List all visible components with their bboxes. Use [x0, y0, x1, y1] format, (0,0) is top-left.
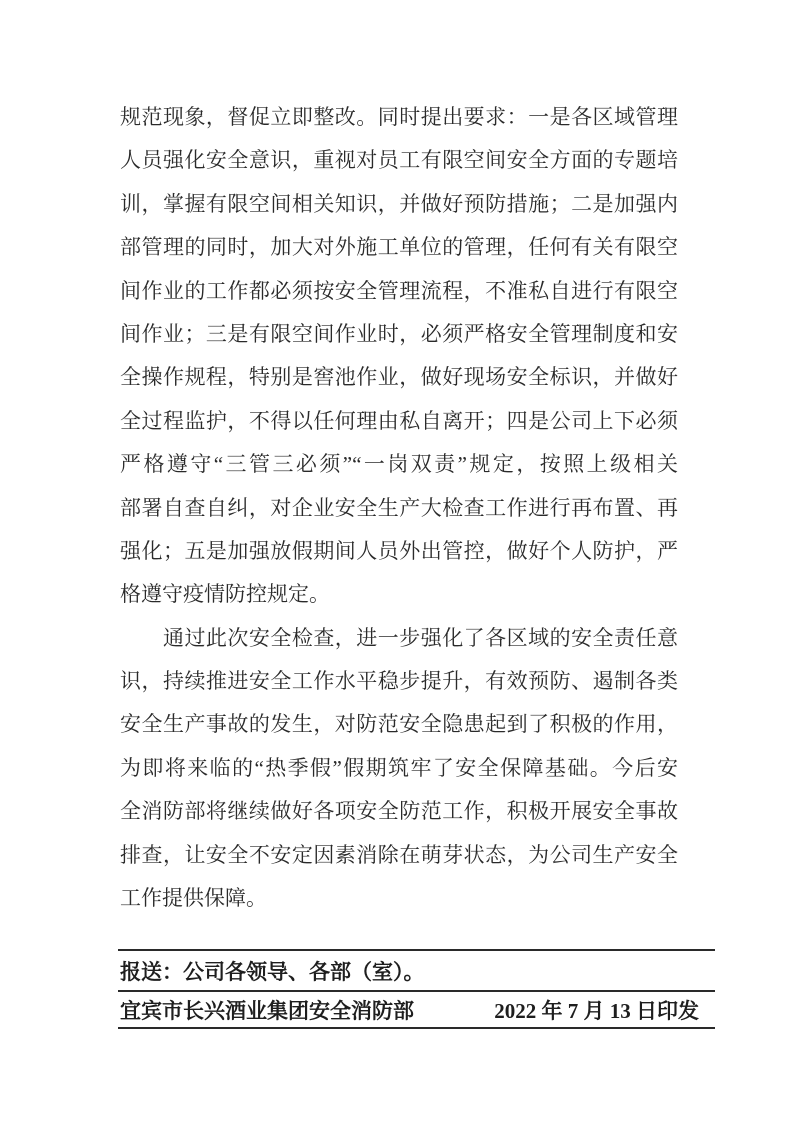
distribution-row: 报送：公司各领导、各部（室）。: [118, 949, 715, 990]
text-line: 强化；五是加强放假期间人员外出管控，做好个人防护，严: [120, 530, 678, 573]
text-line: 通过此次安全检查，进一步强化了各区域的安全责任意: [120, 617, 678, 660]
text-line: 间作业；三是有限空间作业时，必须严格安全管理制度和安: [120, 313, 678, 356]
text-line: 全过程监护，不得以任何理由私自离开；四是公司上下必须: [120, 400, 678, 443]
text-line: 人员强化安全意识，重视对员工有限空间安全方面的专题培: [120, 139, 678, 182]
text-line: 工作提供保障。: [120, 877, 678, 920]
text-line: 间作业的工作都必须按安全管理流程，不准私自进行有限空: [120, 270, 678, 313]
text-line: 全操作规程，特别是窖池作业，做好现场安全标识，并做好: [120, 356, 678, 399]
text-line: 格遵守疫情防控规定。: [120, 573, 678, 616]
record-block: 报送：公司各领导、各部（室）。 宜宾市长兴酒业集团安全消防部 2022 年 7 …: [118, 949, 715, 1029]
text-line: 安全生产事故的发生，对防范安全隐患起到了积极的作用，: [120, 703, 678, 746]
paragraph-2: 通过此次安全检查，进一步强化了各区域的安全责任意识，持续推进安全工作水平稳步提升…: [120, 617, 678, 921]
issuing-department: 宜宾市长兴酒业集团安全消防部: [118, 995, 414, 1025]
text-line: 排查，让安全不安定因素消除在萌芽状态，为公司生产安全: [120, 834, 678, 877]
print-date: 2022 年 7 月 13 日印发: [494, 995, 715, 1025]
text-line: 部管理的同时，加大对外施工单位的管理，任何有关有限空: [120, 226, 678, 269]
document-page: 规范现象，督促立即整改。同时提出要求：一是各区域管理人员强化安全意识，重视对员工…: [0, 0, 800, 1131]
text-line: 严格遵守“三管三必须”“一岗双责”规定，按照上级相关: [120, 443, 678, 486]
text-line: 为即将来临的“热季假”假期筑牢了安全保障基础。今后安: [120, 747, 678, 790]
body-text: 规范现象，督促立即整改。同时提出要求：一是各区域管理人员强化安全意识，重视对员工…: [120, 96, 678, 920]
text-line: 全消防部将继续做好各项安全防范工作，积极开展安全事故: [120, 790, 678, 833]
text-line: 部署自查自纠，对企业安全生产大检查工作进行再布置、再: [120, 487, 678, 530]
paragraph-1: 规范现象，督促立即整改。同时提出要求：一是各区域管理人员强化安全意识，重视对员工…: [120, 96, 678, 617]
text-line: 训，掌握有限空间相关知识，并做好预防措施；二是加强内: [120, 183, 678, 226]
text-line: 规范现象，督促立即整改。同时提出要求：一是各区域管理: [120, 96, 678, 139]
text-line: 识，持续推进安全工作水平稳步提升，有效预防、遏制各类: [120, 660, 678, 703]
distribution-text: 报送：公司各领导、各部（室）。: [118, 956, 425, 986]
issuer-row: 宜宾市长兴酒业集团安全消防部 2022 年 7 月 13 日印发: [118, 990, 715, 1029]
